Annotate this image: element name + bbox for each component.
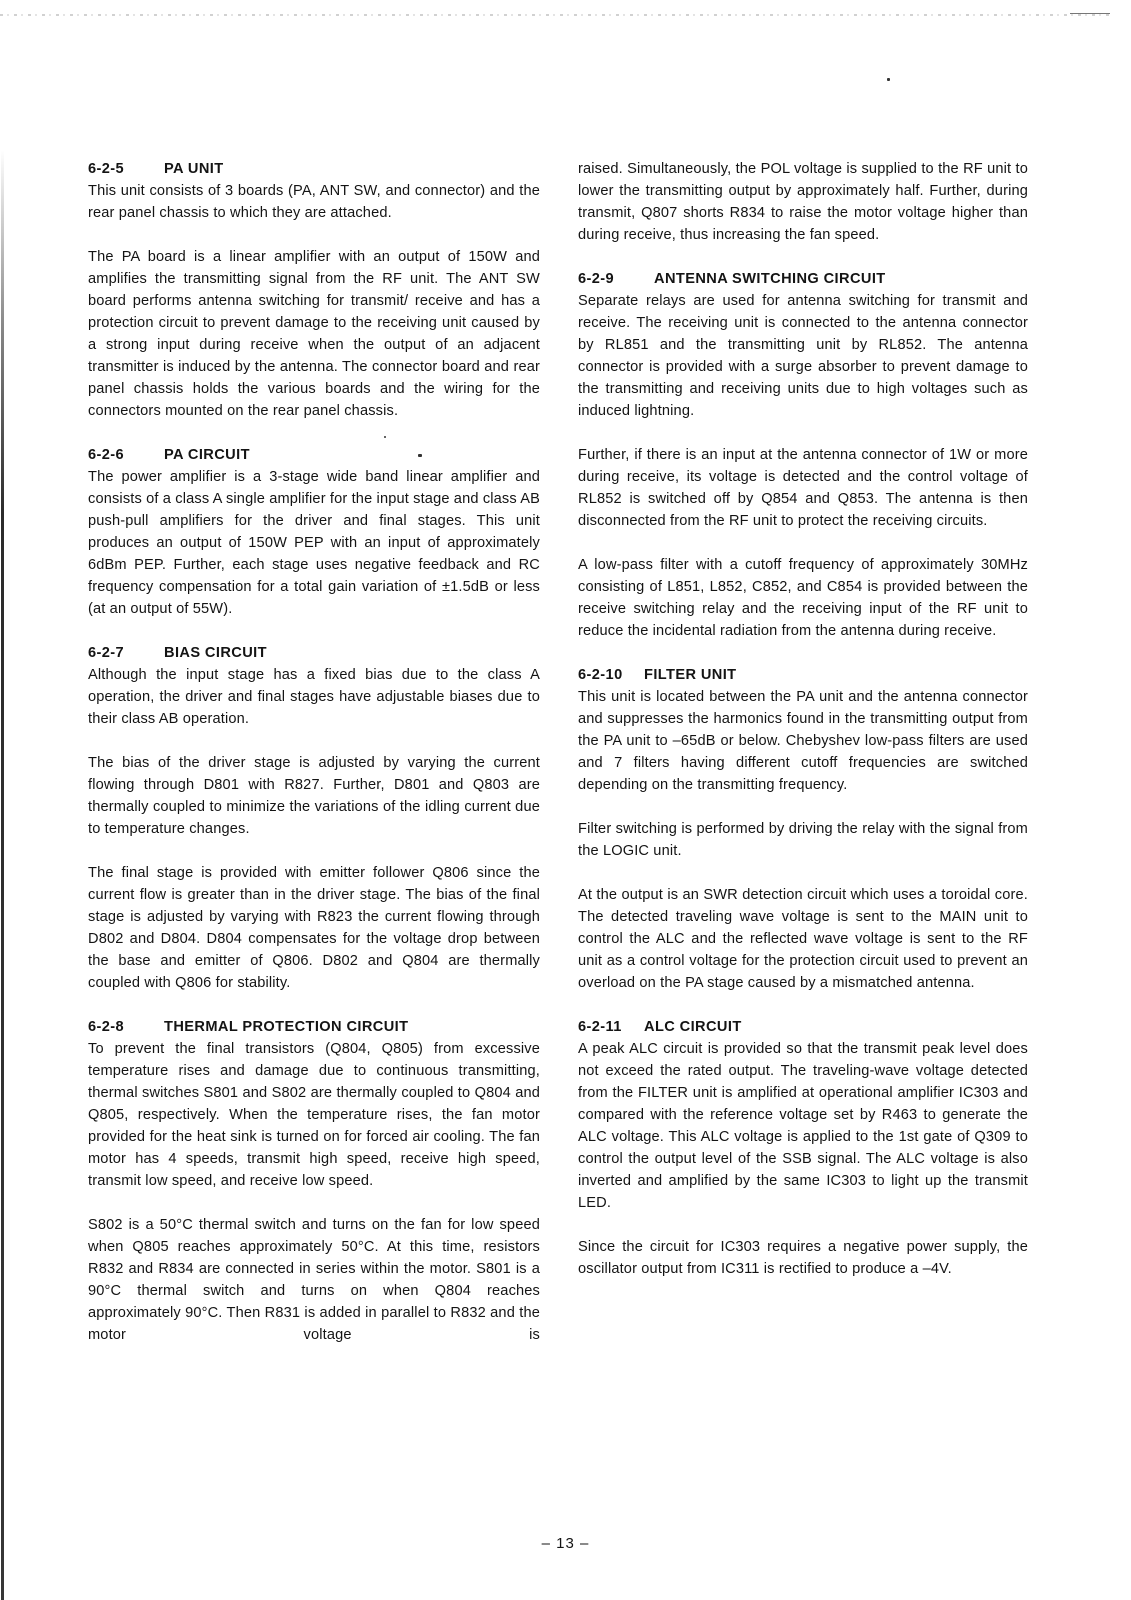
section-6-2-11-alc-circuit: 6-2-11ALC CIRCUIT A peak ALC circuit is …	[578, 1016, 1028, 1280]
scan-artifact-left-edge	[1, 150, 4, 1600]
section-6-2-10-filter-unit: 6-2-10FILTER UNIT This unit is located b…	[578, 664, 1028, 994]
paragraph: Although the input stage has a fixed bia…	[88, 664, 540, 730]
section-6-2-8-thermal-protection-circuit: 6-2-8THERMAL PROTECTION CIRCUIT To preve…	[88, 1016, 540, 1346]
left-column: 6-2-5PA UNIT This unit consists of 3 boa…	[88, 158, 540, 1368]
section-title: ALC CIRCUIT	[644, 1019, 742, 1035]
paragraph: The final stage is provided with emitter…	[88, 862, 540, 994]
paragraph: Filter switching is performed by driving…	[578, 818, 1028, 862]
continued-paragraph: raised. Simultaneously, the POL voltage …	[578, 158, 1028, 246]
paragraph: The bias of the driver stage is adjusted…	[88, 752, 540, 840]
paragraph: Further, if there is an input at the ant…	[578, 444, 1028, 532]
section-heading: 6-2-5PA UNIT	[88, 158, 540, 180]
section-heading: 6-2-8THERMAL PROTECTION CIRCUIT	[88, 1016, 540, 1038]
paragraph: This unit is located between the PA unit…	[578, 686, 1028, 796]
section-heading: 6-2-7BIAS CIRCUIT	[88, 642, 540, 664]
paragraph: Separate relays are used for antenna swi…	[578, 290, 1028, 422]
section-6-2-9-antenna-switching-circuit: 6-2-9ANTENNA SWITCHING CIRCUIT Separate …	[578, 268, 1028, 642]
scan-speck	[887, 78, 890, 81]
section-number: 6-2-10	[578, 664, 644, 686]
paragraph: A peak ALC circuit is provided so that t…	[578, 1038, 1028, 1214]
page-number: – 13 –	[0, 1535, 1131, 1552]
paragraph: Since the circuit for IC303 requires a n…	[578, 1236, 1028, 1280]
scan-artifact-top-line	[1070, 13, 1110, 14]
section-title: THERMAL PROTECTION CIRCUIT	[164, 1019, 408, 1035]
section-number: 6-2-11	[578, 1016, 644, 1038]
scan-artifact-top-edge	[0, 14, 1110, 16]
section-title: PA UNIT	[164, 161, 224, 177]
right-column: raised. Simultaneously, the POL voltage …	[578, 158, 1028, 1302]
section-heading: 6-2-6PA CIRCUIT	[88, 444, 540, 466]
paragraph: S802 is a 50°C thermal switch and turns …	[88, 1214, 540, 1346]
section-number: 6-2-9	[578, 268, 654, 290]
section-title: ANTENNA SWITCHING CIRCUIT	[654, 271, 886, 287]
section-6-2-6-pa-circuit: 6-2-6PA CIRCUIT The power amplifier is a…	[88, 444, 540, 620]
paragraph: The power amplifier is a 3-stage wide ba…	[88, 466, 540, 620]
section-number: 6-2-8	[88, 1016, 164, 1038]
section-heading: 6-2-11ALC CIRCUIT	[578, 1016, 1028, 1038]
section-heading: 6-2-9ANTENNA SWITCHING CIRCUIT	[578, 268, 1028, 290]
section-6-2-7-bias-circuit: 6-2-7BIAS CIRCUIT Although the input sta…	[88, 642, 540, 994]
section-number: 6-2-5	[88, 158, 164, 180]
section-number: 6-2-7	[88, 642, 164, 664]
section-number: 6-2-6	[88, 444, 164, 466]
section-heading: 6-2-10FILTER UNIT	[578, 664, 1028, 686]
section-title: BIAS CIRCUIT	[164, 645, 267, 661]
paragraph: At the output is an SWR detection circui…	[578, 884, 1028, 994]
paragraph: To prevent the final transistors (Q804, …	[88, 1038, 540, 1192]
paragraph: A low-pass filter with a cutoff frequenc…	[578, 554, 1028, 642]
section-title: PA CIRCUIT	[164, 447, 250, 463]
paragraph: The PA board is a linear amplifier with …	[88, 246, 540, 422]
section-title: FILTER UNIT	[644, 667, 737, 683]
section-6-2-5-pa-unit: 6-2-5PA UNIT This unit consists of 3 boa…	[88, 158, 540, 422]
paragraph: This unit consists of 3 boards (PA, ANT …	[88, 180, 540, 224]
